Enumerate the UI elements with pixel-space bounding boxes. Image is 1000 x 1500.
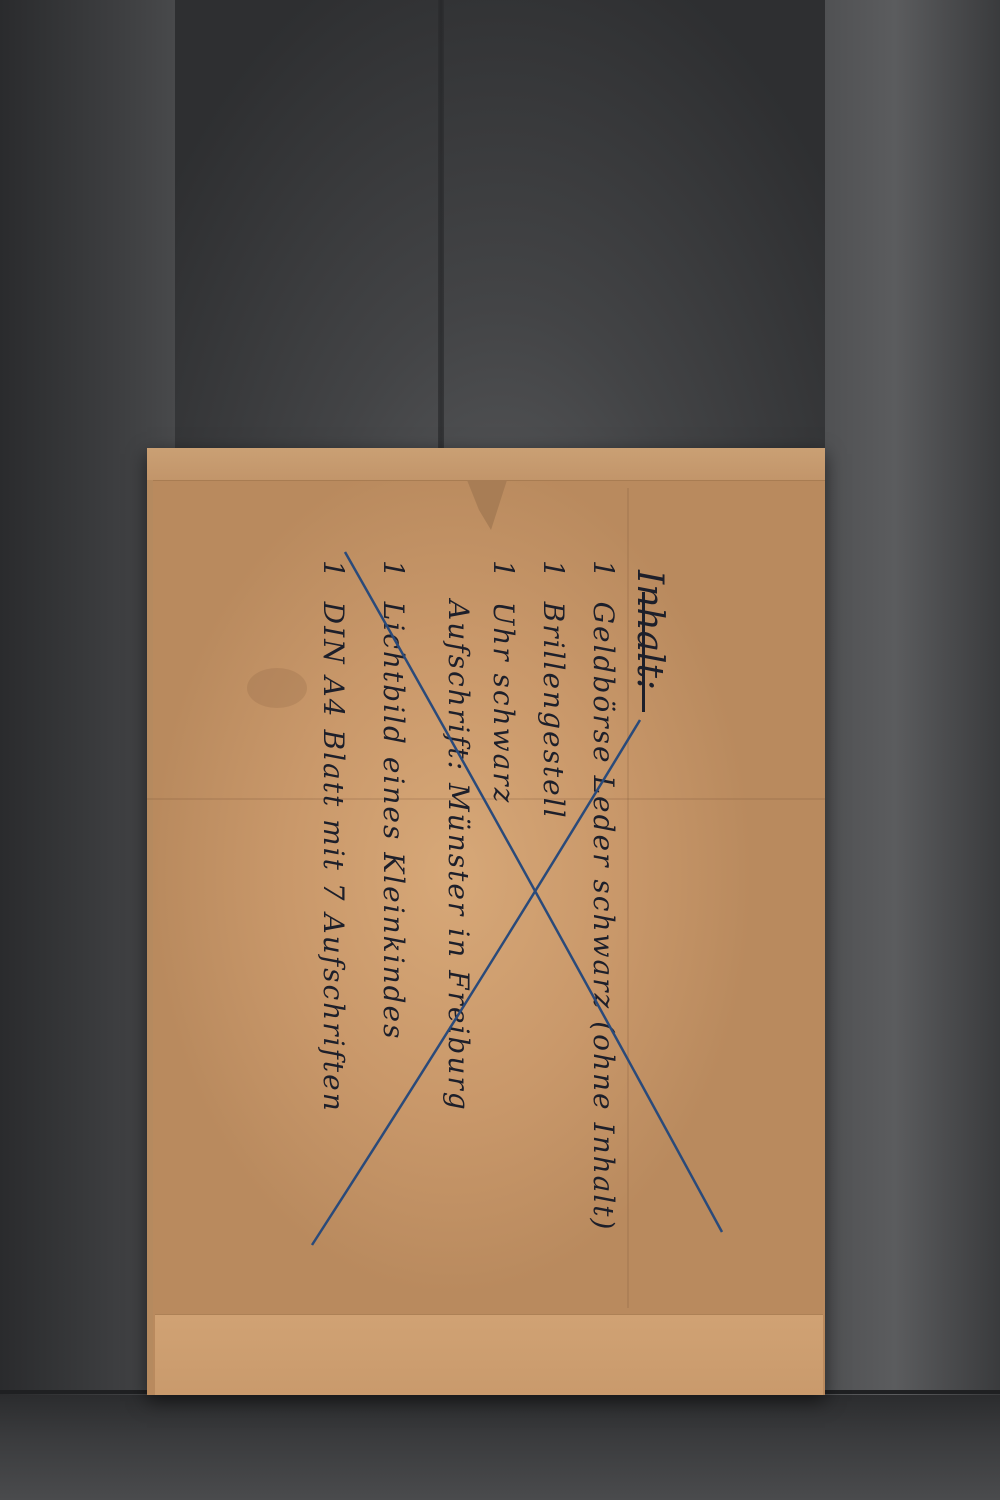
- cross-out-mark: [0, 0, 1000, 1500]
